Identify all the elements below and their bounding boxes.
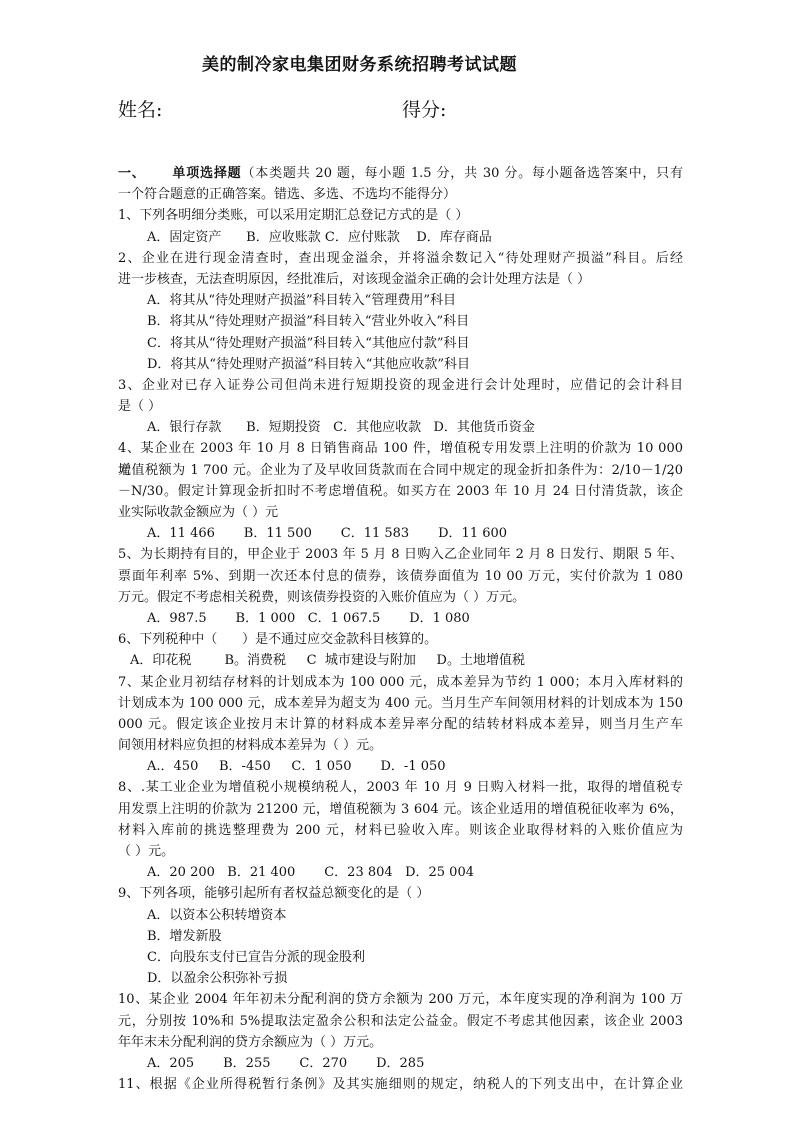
question-8-line-3: 材料入库前的挑选整理费为 200 元，材料已验收入库。则该企业取得材料的入账价值… [118,820,683,841]
question-7-line-4: 间领用材料应负担的材料成本差异为（ ）元。 [118,735,683,756]
question-1-options: A．固定资产 B．应收账款 C．应付账款 D．库存商品 [118,227,683,248]
question-10-line-3: 年年末未分配利润的贷方余额应为（ ）万元。 [118,1032,683,1053]
question-4-line-1: 4、某企业在 2003 年 10 月 8 日销售商品 100 件，增值税专用发票… [118,438,683,459]
question-9-option-c: C．向股东支付已宣告分派的现金股利 [118,947,683,968]
question-6-options: A．印花税 B。消费税 C 城市建设与附加 D。土地增值税 [118,650,683,671]
question-4-line-4: 业实际收款金额应为（ ）元 [118,502,683,523]
question-8-line-1: 8、.某工业企业为增值税小规模纳税人，2003 年 10 月 9 日购入材料一批… [118,777,683,798]
exam-content: 一、单项选择题（本类题共 20 题，每小题 1.5 分，共 30 分。每小题备选… [118,163,683,1095]
question-5-options: A．987.5 B．1 000 C．1 067.5 D．1 080 [118,608,683,629]
question-2-option-a: A．将其从“待处理财产损溢”科目转入“管理费用”科目 [118,290,683,311]
title-text: 美的制冷家电集团财务系统招聘考试试题 [202,55,517,75]
question-4-line-3: －N/30。假定计算现金折扣时不考虑增值税。如买方在 2003 年 10 月 2… [118,481,683,502]
section-heading: 一、单项选择题（本类题共 20 题，每小题 1.5 分，共 30 分。每小题备选… [118,163,683,184]
question-5-line-1: 5、为长期持有目的，甲企业于 2003 年 5 月 8 日购入乙企业同年 2 月… [118,544,683,565]
question-9-option-b: B．增发新股 [118,926,683,947]
question-5-line-3: 万元。假定不考虑相关税费，则该债券投资的入账价值应为（ ）万元。 [118,587,683,608]
question-9-option-d: D．以盈余公积弥补亏损 [118,968,683,989]
question-8-line-2: 用发票上注明的价款为 21200 元，增值税额为 3 604 元。该企业适用的增… [118,799,683,820]
name-label: 姓名: [118,95,162,122]
section-instruction-1: （本类题共 20 题，每小题 1.5 分，共 30 分。每小题备选答案中，只有 [241,166,683,181]
question-7-line-2: 计划成本为 100 000 元，成本差异为超支为 400 元。当月生产车间领用材… [118,693,683,714]
question-6: 6、下列税种中（ ）是不通过应交金款科目核算的。 [118,629,683,650]
question-7-options: A.．450 B．-450 C．1 050 D．-1 050 [118,756,683,777]
question-10-options: A．205 B．255 C．270 D．285 [118,1053,683,1074]
score-label: 得分: [402,95,446,122]
document-page: 美的制冷家电集团财务系统招聘考试试题 姓名: 得分: 一、单项选择题（本类题共 … [0,0,793,1122]
question-5-line-2: 票面年利率 5%、到期一次还本付息的债券，该债券面值为 10 00 万元，实付价… [118,566,683,587]
section-number: 一、 [118,166,146,181]
question-3-line-1: 3、企业对已存入证券公司但尚未进行短期投资的现金进行会计处理时，应借记的会计科目 [118,375,683,396]
question-9-option-a: A．以资本公积转增资本 [118,905,683,926]
question-2-option-c: C．将其从“待处理财产损溢”科目转入“其他应付款”科目 [118,333,683,354]
question-2-line-1: 2、企业在进行现金清查时，查出现金溢余，并将溢余数记入“待处理财产损溢”科目。后… [118,248,683,269]
question-2-line-2: 进一步核查，无法查明原因，经批准后，对该现金溢余正确的会计处理方法是（ ） [118,269,683,290]
question-1: 1、下列各明细分类账，可以采用定期汇总登记方式的是（ ） [118,205,683,226]
question-9: 9、下列各项，能够引起所有者权益总额变化的是（ ） [118,883,683,904]
question-2-option-b: B．将其从“待处理财产损溢”科目转入“营业外收入”科目 [118,311,683,332]
question-8-line-4: （ ）元。 [118,841,683,862]
question-11-line-1: 11、根据《企业所得税暂行条例》及其实施细则的规定，纳税人的下列支出中，在计算企… [118,1074,683,1095]
question-3-line-2: 是（ ） [118,396,683,417]
document-title: 美的制冷家电集团财务系统招聘考试试题 [0,50,793,75]
question-10-line-2: 元，分别按 10%和 5%提取法定盈余公积和法定公益金。假定不考虑其他因素，该企… [118,1011,683,1032]
question-4-options: A．11 466 B．11 500 C．11 583 D．11 600 [118,523,683,544]
question-2-option-d: D．将其从“待处理财产损溢”科目转入“其他应收款”科目 [118,354,683,375]
question-7-line-1: 7、某企业月初结存材料的计划成本为 100 000 元，成本差异为节约 1 00… [118,672,683,693]
question-4-line-2: 增值税额为 1 700 元。企业为了及早收回货款而在合同中规定的现金折扣条件为：… [118,460,683,481]
section-instruction-2: 一个符合题意的正确答案。错选、多选、不选均不能得分） [118,184,683,205]
section-title: 单项选择题 [172,166,242,181]
question-8-options: A．20 200 B．21 400 C．23 804 D．25 004 [118,862,683,883]
question-10-line-1: 10、某企业 2004 年年初未分配利润的贷方余额为 200 万元，本年度实现的… [118,989,683,1010]
question-7-line-3: 000 元。假定该企业按月末计算的材料成本差异率分配的结转材料成本差异，则当月生… [118,714,683,735]
question-3-options: A．银行存款 B．短期投资 C．其他应收款 D．其他货币资金 [118,417,683,438]
